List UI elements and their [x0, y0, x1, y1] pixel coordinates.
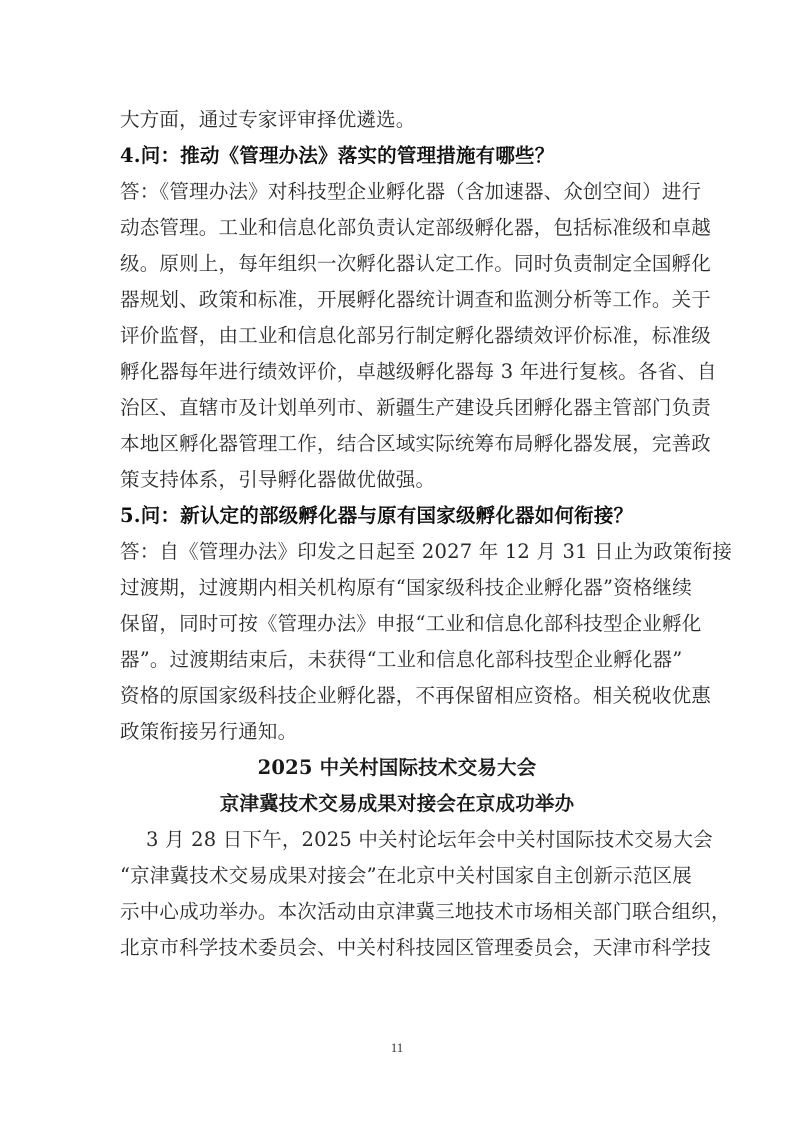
- body-line: 政策衔接另行通知。: [120, 714, 674, 750]
- body-line: 评价监督，由工业和信息化部另行制定孵化器绩效评价标准，标准级: [120, 318, 674, 354]
- answer-line: 答：《管理办法》对科技型企业孵化器（含加速器、众创空间）进行: [120, 174, 674, 210]
- page-number: 11: [0, 1040, 794, 1056]
- body-line: 器”。过渡期结束后，未获得“工业和信息化部科技型企业孵化器”: [120, 642, 674, 678]
- question-heading: 4.问：推动《管理办法》落实的管理措施有哪些？: [120, 138, 674, 174]
- document-page: 大方面，通过专家评审择优遴选。 4.问：推动《管理办法》落实的管理措施有哪些？ …: [120, 102, 674, 966]
- paragraph-first-line: 3 月 28 日下午，2025 中关村论坛年会中关村国际技术交易大会: [120, 822, 674, 858]
- body-line: 级。原则上，每年组织一次孵化器认定工作。同时负责制定全国孵化: [120, 246, 674, 282]
- body-line: “京津冀技术交易成果对接会”在北京中关村国家自主创新示范区展: [120, 858, 674, 894]
- answer-line: 答：自《管理办法》印发之日起至 2027 年 12 月 31 日止为政策衔接: [120, 534, 674, 570]
- article-subtitle: 京津冀技术交易成果对接会在京成功举办: [120, 786, 674, 822]
- question-heading: 5.问：新认定的部级孵化器与原有国家级孵化器如何衔接？: [120, 498, 674, 534]
- body-line: 大方面，通过专家评审择优遴选。: [120, 102, 674, 138]
- body-line: 治区、直辖市及计划单列市、新疆生产建设兵团孵化器主管部门负责: [120, 390, 674, 426]
- body-line: 过渡期，过渡期内相关机构原有“国家级科技企业孵化器”资格继续: [120, 570, 674, 606]
- body-line: 动态管理。工业和信息化部负责认定部级孵化器，包括标准级和卓越: [120, 210, 674, 246]
- body-line: 孵化器每年进行绩效评价，卓越级孵化器每 3 年进行复核。各省、自: [120, 354, 674, 390]
- article-title: 2025 中关村国际技术交易大会: [120, 750, 674, 786]
- body-line: 器规划、政策和标准，开展孵化器统计调查和监测分析等工作。关于: [120, 282, 674, 318]
- body-line: 北京市科学技术委员会、中关村科技园区管理委员会，天津市科学技: [120, 930, 674, 966]
- body-line: 策支持体系，引导孵化器做优做强。: [120, 462, 674, 498]
- body-line: 本地区孵化器管理工作，结合区域实际统筹布局孵化器发展，完善政: [120, 426, 674, 462]
- body-line: 保留，同时可按《管理办法》申报“工业和信息化部科技型企业孵化: [120, 606, 674, 642]
- body-line: 示中心成功举办。本次活动由京津冀三地技术市场相关部门联合组织，: [120, 894, 674, 930]
- body-line: 资格的原国家级科技企业孵化器，不再保留相应资格。相关税收优惠: [120, 678, 674, 714]
